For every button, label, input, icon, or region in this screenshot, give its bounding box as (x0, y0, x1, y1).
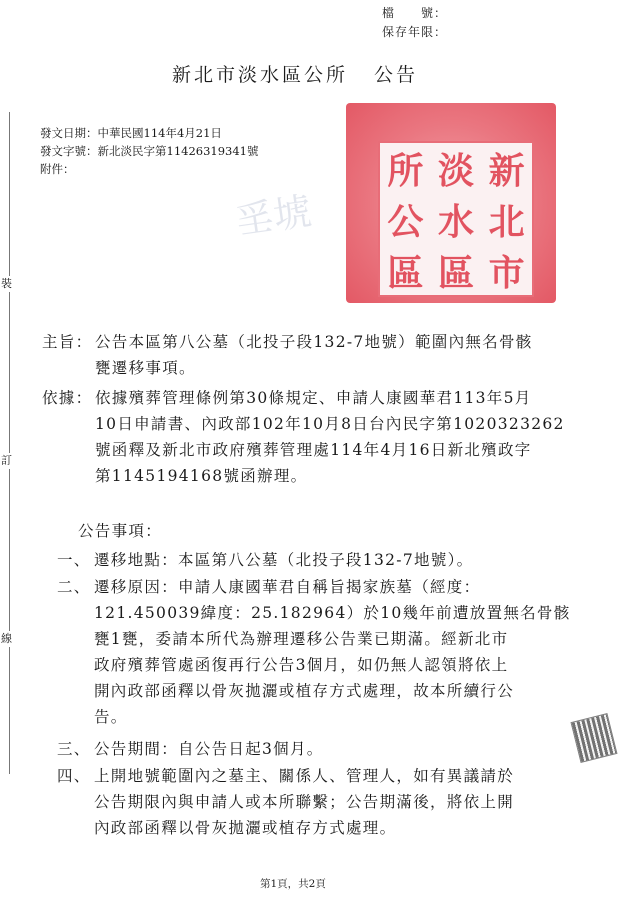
notice-item-line: 政府殯葬管處函復再行公告3個月，如仍無人認領將依上 (94, 653, 508, 677)
basis-line: 號函釋及新北市政府殯葬管理處114年4月16日新北殯政字 (95, 438, 532, 462)
signature-watermark: 㸒㙈 (232, 180, 315, 245)
notice-item-line: 上開地號範圍內之墓主、關係人、管理人，如有異議請於 (94, 764, 514, 788)
seal-char: 北 (481, 194, 532, 245)
notice-item-number: 二、 (57, 575, 91, 599)
attachment: 附件： (40, 160, 258, 178)
barcode-stamp-icon (570, 713, 617, 763)
subject-line: 甕遷移事項。 (95, 356, 196, 380)
page-number: 第1頁，共2頁 (260, 876, 326, 891)
notice-heading: 公告事項： (78, 519, 162, 543)
notice-item-line: 遷移原因：申請人康國華君自稱旨揭家族墓（經度： (94, 575, 480, 599)
seal-char: 淡 (431, 143, 482, 194)
seal-char: 所 (380, 143, 431, 194)
notice-item-line: 內政部函釋以骨灰拋灑或植存方式處理。 (94, 816, 396, 840)
retention-label: 保存年限： (382, 23, 447, 42)
seal-char: 新 (481, 143, 532, 194)
page-title: 新北市淡水區公所公告 (172, 60, 418, 87)
notice-item-line: 遷移地點：本區第八公墓（北投子段132-7地號）。 (94, 548, 473, 572)
seal-char: 公 (380, 194, 431, 245)
seal-char: 區 (380, 245, 431, 296)
notice-item-number: 一、 (57, 548, 91, 572)
binding-char-zhuang: 裝 (1, 276, 12, 292)
basis-line: 依據殯葬管理條例第30條規定、申請人康國華君113年5月 (95, 386, 532, 410)
seal-char: 市 (481, 245, 532, 296)
notice-item-line: 121.450039緯度：25.182964）於10幾年前遭放置無名骨骸 (94, 601, 571, 625)
filing-info: 檔 號： 保存年限： (382, 4, 447, 42)
basis-label: 依據： (42, 386, 92, 410)
notice-item-line: 甕1甕，委請本所代為辦理遷移公告業已期滿。經新北市 (94, 627, 508, 651)
title-org: 新北市淡水區公所 (172, 64, 348, 86)
binding-char-xian: 線 (1, 631, 12, 647)
official-seal: 所 淡 新 公 水 北 區 區 市 (346, 103, 556, 303)
seal-char: 水 (431, 194, 482, 245)
notice-item-number: 四、 (57, 764, 91, 788)
notice-item-line: 公告期限內與申請人或本所聯繫；公告期滿後，將依上開 (94, 790, 514, 814)
notice-item-line: 公告期間：自公告日起3個月。 (94, 737, 324, 761)
basis-line: 10日申請書、內政部102年10月8日台內民字第1020323262 (95, 412, 565, 436)
doc-number: 發文字號：新北淡民字第11426319341號 (40, 142, 258, 160)
issue-date: 發文日期：中華民國114年4月21日 (40, 124, 258, 142)
filing-number-label: 檔 號： (382, 4, 447, 23)
title-type: 公告 (374, 64, 418, 86)
document-meta: 發文日期：中華民國114年4月21日 發文字號：新北淡民字第1142631934… (40, 124, 258, 178)
binding-char-ding: 訂 (1, 453, 12, 469)
notice-item-number: 三、 (57, 737, 91, 761)
basis-line: 第1145194168號函辦理。 (95, 464, 307, 488)
notice-item-line: 告。 (94, 705, 128, 729)
seal-char: 區 (431, 245, 482, 296)
seal-characters: 所 淡 新 公 水 北 區 區 市 (378, 141, 534, 297)
subject-label: 主旨： (42, 330, 92, 354)
subject-line: 公告本區第八公墓（北投子段132-7地號）範圍內無名骨骸 (95, 330, 533, 354)
binding-line (9, 112, 10, 774)
notice-item-line: 開內政部函釋以骨灰拋灑或植存方式處理，故本所續行公 (94, 679, 514, 703)
